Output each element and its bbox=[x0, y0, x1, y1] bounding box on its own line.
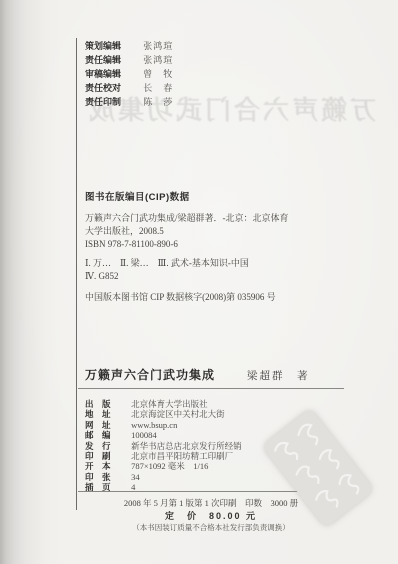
editor-role-label: 审稿编辑 bbox=[85, 67, 125, 81]
cip-entry-line1: 万籁声六合门武功集成/梁超群著．-北京：北京体育 bbox=[85, 212, 289, 225]
imprint-value: 北京市昌平阳坊精工印刷厂 bbox=[131, 451, 233, 461]
imprint-row: 印 刷 北京市昌平阳坊精工印刷厂 bbox=[85, 451, 242, 461]
cip-heading: 图书在版编目(CIP)数据 bbox=[85, 189, 190, 203]
left-vertical-rule bbox=[76, 38, 77, 510]
imprint-value: 34 bbox=[131, 472, 140, 482]
editors-block: 策划编辑 张鸿瑄 责任编辑 张鸿瑄 审稿编辑 曾 牧 责任校对 长 春 责任印制… bbox=[85, 39, 173, 109]
cip-entry-line2: 大学出版社，2008.5 bbox=[85, 225, 289, 238]
cip-entry: 万籁声六合门武功集成/梁超群著．-北京：北京体育 大学出版社，2008.5 IS… bbox=[85, 212, 289, 251]
imprint-value: 新华书店总店北京发行所经销 bbox=[131, 441, 242, 451]
imprint-row: 开 本 787×1092 毫米 1/16 bbox=[85, 461, 242, 471]
imprint-row: 邮 编 100084 bbox=[85, 430, 242, 440]
editor-row: 责任印制 陈 莎 bbox=[85, 95, 173, 109]
editor-row: 责任校对 长 春 bbox=[85, 81, 173, 95]
imprint-row: 出 版 北京体育大学出版社 bbox=[85, 399, 242, 409]
editor-row: 审稿编辑 曾 牧 bbox=[85, 67, 173, 81]
cip-class-line1: Ⅰ. 万… Ⅱ. 梁… Ⅲ. 武术-基本知识-中国 bbox=[85, 257, 249, 270]
editor-name: 陈 莎 bbox=[143, 97, 173, 107]
imprint-value: 北京海淀区中关村北大街 bbox=[131, 409, 225, 419]
imprint-label: 出 版 bbox=[85, 399, 115, 409]
cip-class-line2: Ⅳ. G852 bbox=[85, 270, 249, 283]
isbn: ISBN 978-7-81100-890-6 bbox=[85, 238, 289, 251]
imprint-row: 发 行 新华书店总店北京发行所经销 bbox=[85, 441, 242, 451]
editor-role-label: 责任校对 bbox=[85, 81, 125, 95]
imprint-row: 印 张 34 bbox=[85, 472, 242, 482]
editor-role-label: 责任编辑 bbox=[85, 53, 125, 67]
imprint-label: 印 张 bbox=[85, 472, 115, 482]
imprint-value: 100084 bbox=[131, 430, 157, 440]
editor-row: 责任编辑 张鸿瑄 bbox=[85, 53, 173, 67]
imprint-label: 开 本 bbox=[85, 461, 115, 471]
editor-name: 曾 牧 bbox=[143, 69, 173, 79]
book-author: 梁超群 著 bbox=[247, 371, 310, 382]
imprint-value: 北京体育大学出版社 bbox=[131, 399, 208, 409]
imprint-label: 发 行 bbox=[85, 441, 115, 451]
editor-row: 策划编辑 张鸿瑄 bbox=[85, 39, 173, 53]
title-underline bbox=[78, 388, 344, 389]
cip-record-number: 中国版本图书馆 CIP 数据核字(2008)第 035906 号 bbox=[85, 290, 276, 303]
cip-classification: Ⅰ. 万… Ⅱ. 梁… Ⅲ. 武术-基本知识-中国 Ⅳ. G852 bbox=[85, 257, 249, 283]
editor-role-label: 策划编辑 bbox=[85, 39, 125, 53]
title-row: 万籁声六合门武功集成 梁超群 著 bbox=[85, 366, 310, 384]
imprint-label: 印 刷 bbox=[85, 451, 115, 461]
imprint-row: 网 址 www.bsup.cn bbox=[85, 420, 242, 430]
imprint-block: 出 版 北京体育大学出版社 地 址 北京海淀区中关村北大街 网 址 www.bs… bbox=[85, 399, 242, 493]
editor-role-label: 责任印制 bbox=[85, 95, 125, 109]
imprint-value: www.bsup.cn bbox=[131, 420, 177, 430]
price-line: 定 价 80.00 元 bbox=[78, 509, 344, 522]
editor-name: 张鸿瑄 bbox=[143, 55, 173, 65]
imprint-row: 地 址 北京海淀区中关村北大街 bbox=[85, 409, 242, 419]
imprint-label: 地 址 bbox=[85, 409, 115, 419]
imprint-label: 网 址 bbox=[85, 420, 115, 430]
editor-name: 长 春 bbox=[143, 83, 173, 93]
editor-name: 张鸿瑄 bbox=[143, 41, 173, 51]
book-title: 万籁声六合门武功集成 bbox=[85, 368, 215, 382]
copyright-page: 万籁声六合门武功集成 策划编辑 张鸿瑄 责任编辑 张鸿瑄 审稿编辑 曾 牧 责任… bbox=[0, 0, 398, 564]
binding-note: （本书因装订质量不合格本社发行部负责调换） bbox=[78, 522, 344, 533]
imprint-label: 邮 编 bbox=[85, 430, 115, 440]
imprint-value: 787×1092 毫米 1/16 bbox=[131, 461, 208, 471]
